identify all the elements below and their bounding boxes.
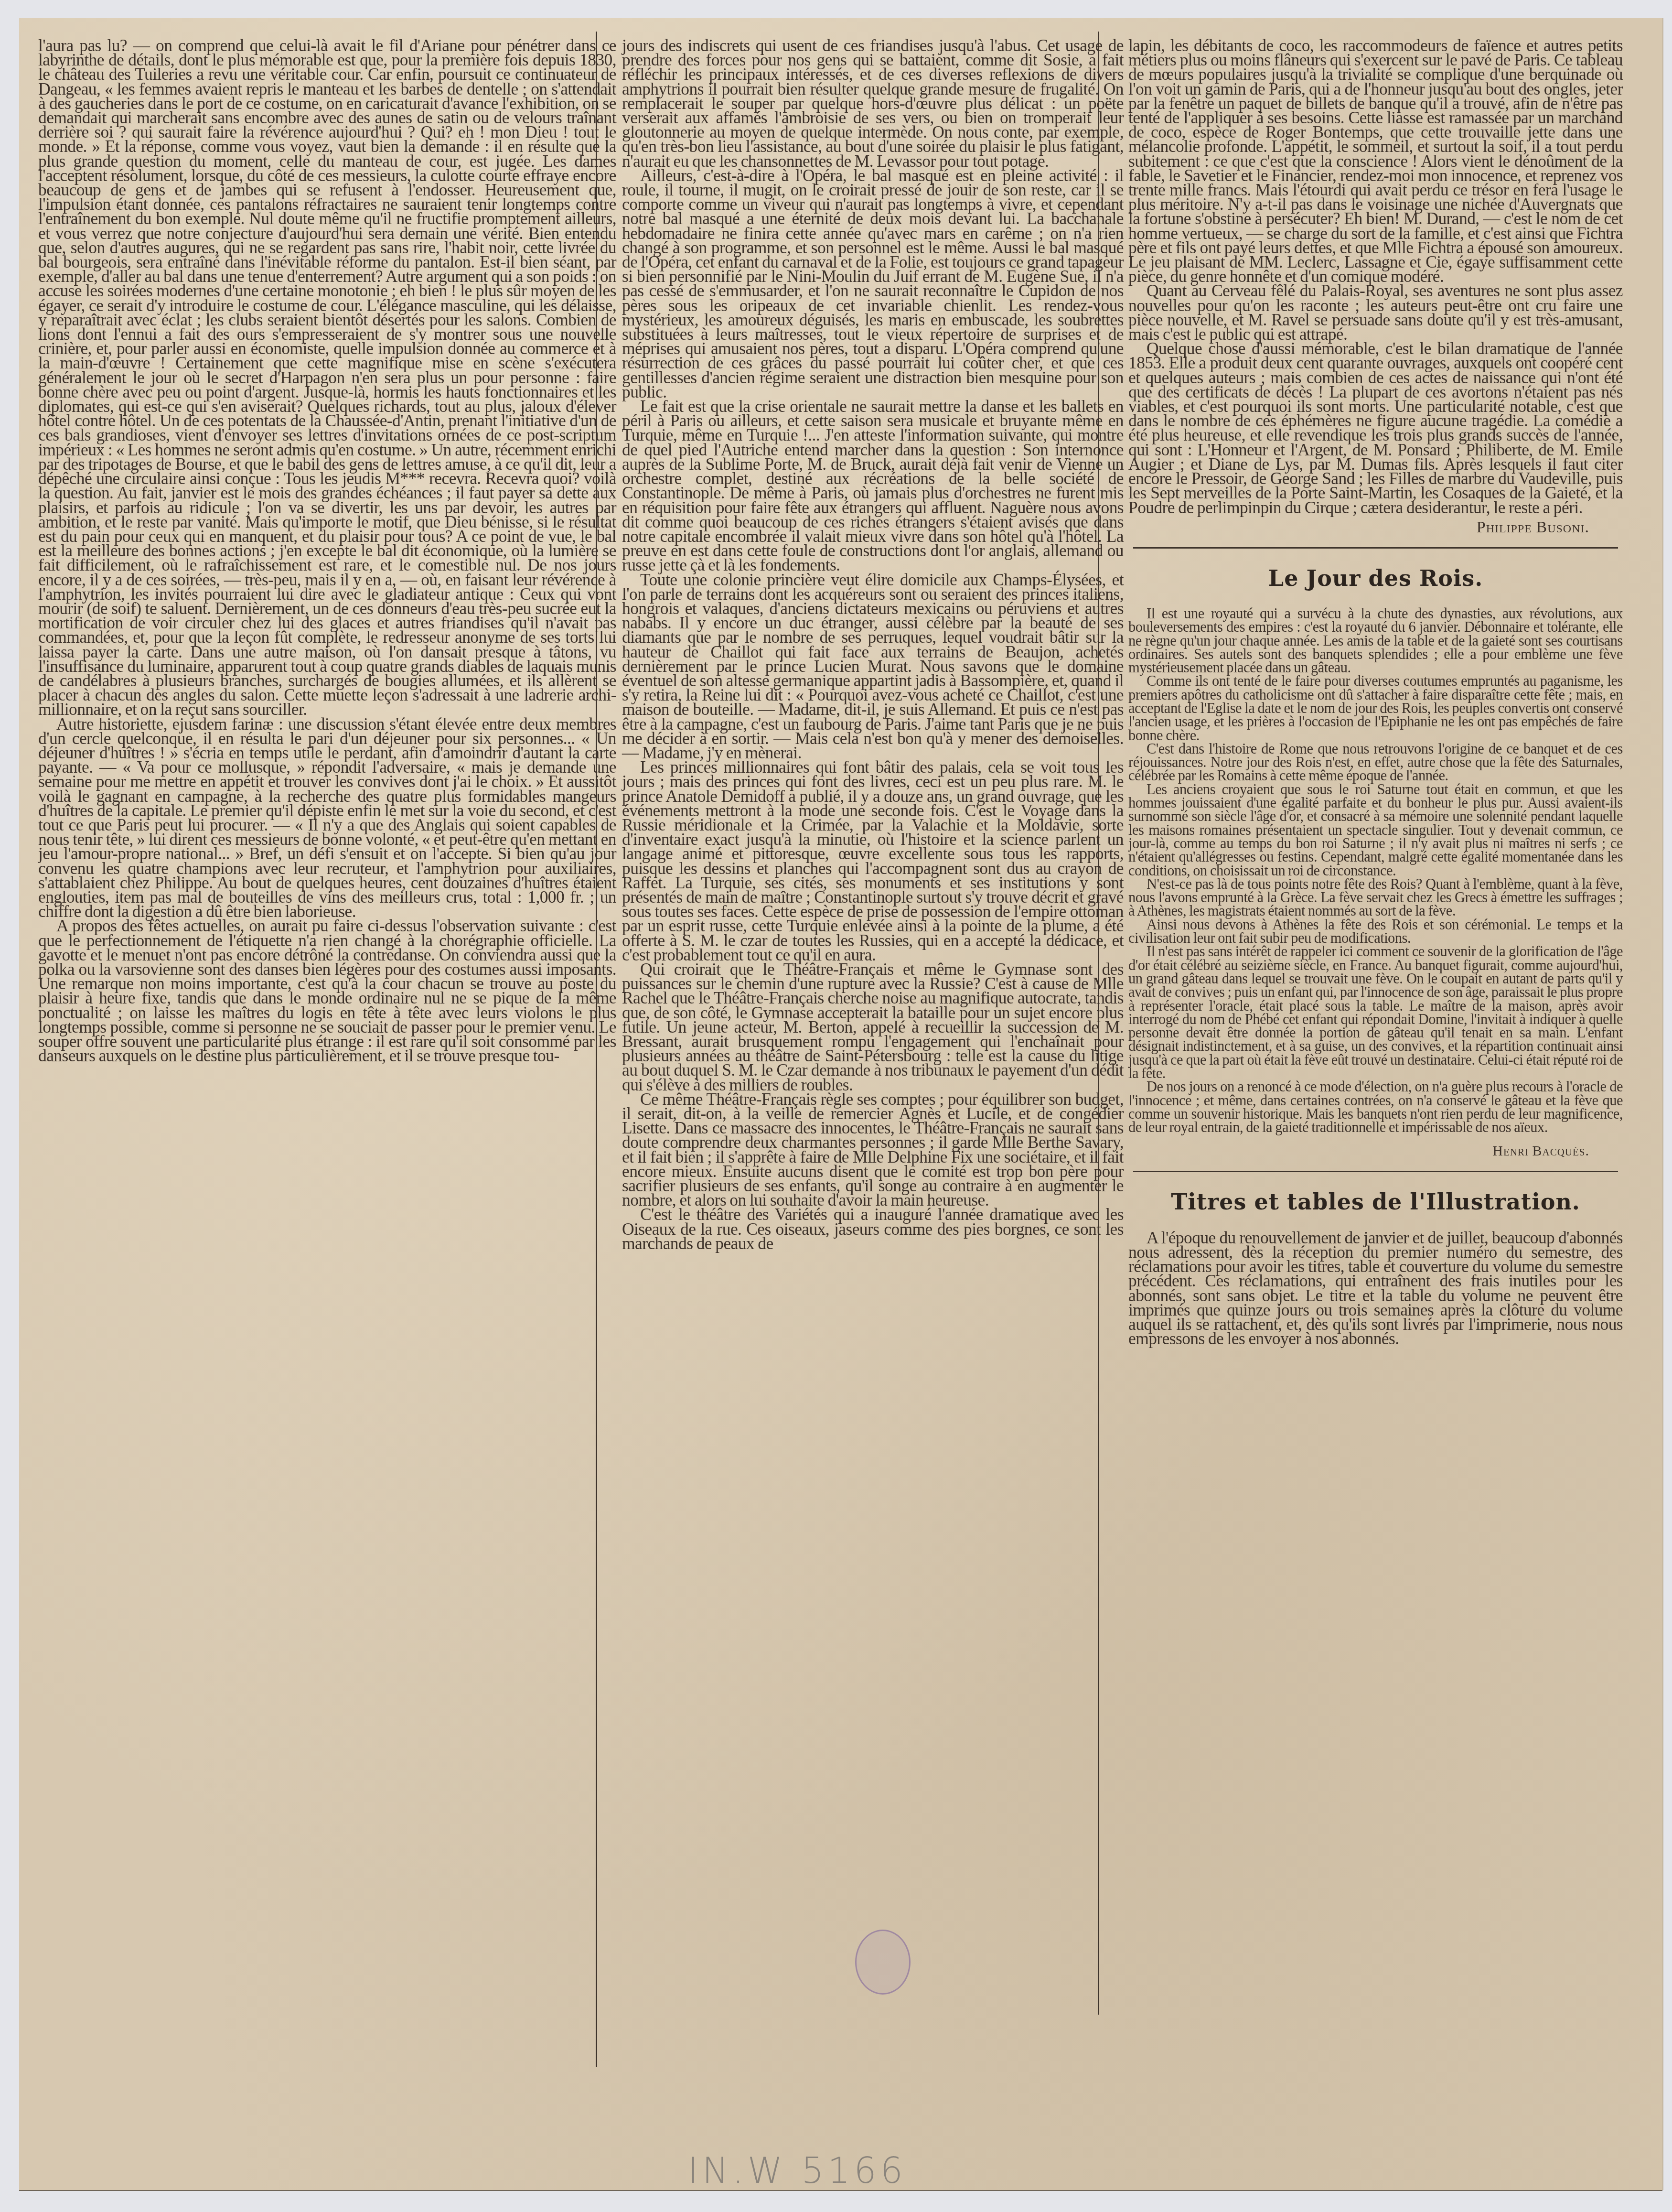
paragraph: A l'époque du renouvellement de janvier … [1128, 1230, 1623, 1346]
paragraph: Il n'est pas sans intérêt de rappeler ic… [1128, 945, 1623, 1080]
author-signature: Henri Bacquès. [1128, 1144, 1589, 1158]
paragraph: Autre historiette, ejusdem farinæ : une … [38, 717, 616, 919]
section-title: Le Jour des Rois. [1128, 566, 1623, 591]
paragraph: C'est le théâtre des Variétés qui a inau… [622, 1207, 1124, 1251]
paragraph: Qui croirait que le Théâtre-Français et … [622, 962, 1124, 1092]
section-divider [1133, 547, 1618, 549]
section-divider [1133, 1171, 1618, 1172]
paragraph: Ainsi nous devons à Athènes la fête des … [1128, 918, 1623, 945]
column-3: lapin, les débitants de coco, les raccom… [1128, 38, 1623, 1346]
paragraph: A propos des fêtes actuelles, on aurait … [38, 918, 616, 1063]
archive-mark: IN.W 5166 [688, 2150, 907, 2191]
paragraph: N'est-ce pas là de tous points notre fêt… [1128, 877, 1623, 918]
paragraph: Ailleurs, c'est-à-dire à l'Opéra, le bal… [622, 168, 1124, 399]
paragraph: Le fait est que la crise orientale ne sa… [622, 399, 1124, 572]
paragraph: Quelque chose d'aussi mémorable, c'est l… [1128, 341, 1623, 514]
paragraph: Comme ils ont tenté de le faire pour div… [1128, 674, 1623, 742]
paragraph: Toute une colonie princière veut élire d… [622, 572, 1124, 760]
paragraph: Quant au Cerveau fêlé du Palais-Royal, s… [1128, 283, 1623, 341]
paragraph: Les princes millionnaires qui font bâtir… [622, 760, 1124, 962]
section-body: Il est une royauté qui a survécu à la ch… [1128, 607, 1623, 1158]
paragraph: l'aura pas lu? — on comprend que celui-l… [38, 38, 616, 717]
column-1: l'aura pas lu? — on comprend que celui-l… [38, 38, 616, 1063]
paragraph: Ce même Théâtre-Français règle ses compt… [622, 1092, 1124, 1208]
paragraph: De nos jours on a renoncé à ce mode d'él… [1128, 1080, 1623, 1134]
library-stamp [855, 1930, 911, 1995]
paragraph: C'est dans l'histoire de Rome que nous r… [1128, 742, 1623, 783]
paragraph: lapin, les débitants de coco, les raccom… [1128, 38, 1623, 283]
paragraph: Il est une royauté qui a survécu à la ch… [1128, 607, 1623, 674]
column-2: jours des indiscrets qui usent de ces fr… [622, 38, 1124, 1251]
newspaper-page: l'aura pas lu? — on comprend que celui-l… [19, 18, 1662, 2190]
author-signature: Philippe Busoni. [1128, 520, 1589, 535]
paragraph: jours des indiscrets qui usent de ces fr… [622, 38, 1124, 168]
section-title: Titres et tables de l'Illustration. [1128, 1189, 1623, 1214]
paragraph: Les anciens croyaient que sous le roi Sa… [1128, 783, 1623, 877]
